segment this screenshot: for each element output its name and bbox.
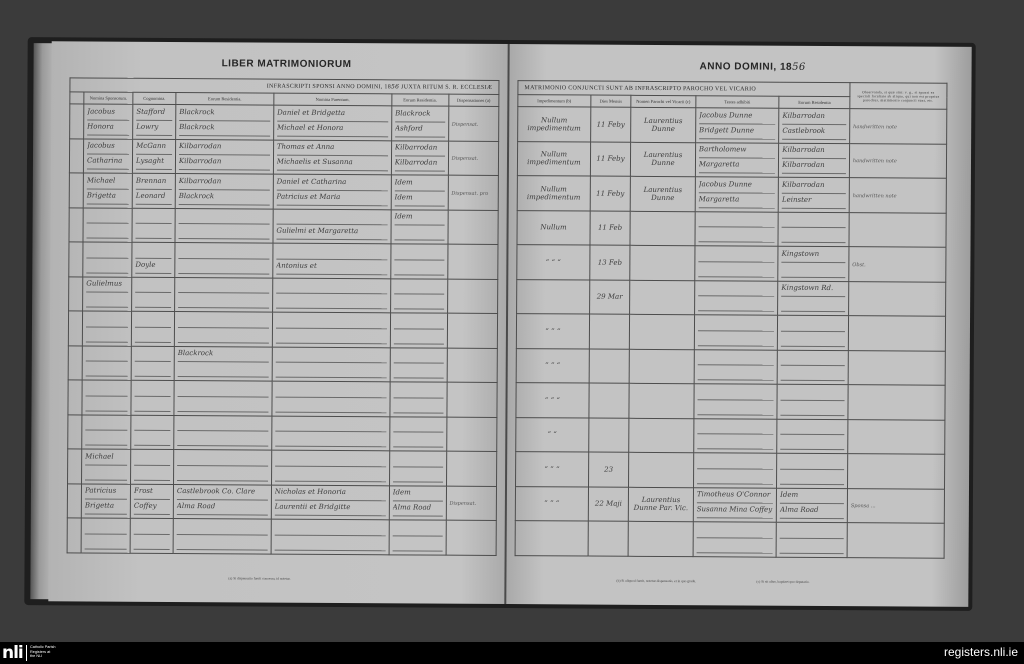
left-page-title: LIBER MATRIMONIORUM: [222, 58, 352, 70]
logo-divider: [26, 645, 27, 661]
marriage-day: 22 Maji: [588, 487, 629, 522]
names-line-1: Michael: [85, 452, 127, 465]
witnesses-line-2: Margaretta: [699, 160, 775, 173]
parents-names: Thomas et AnnaMichaelis et Susanna: [273, 140, 391, 175]
witnesses-line-1: [698, 318, 774, 331]
register-entry-row: PatriciusBrigettaFrostCoffeyCastlebrook …: [67, 483, 496, 520]
sponsi-names: Gulielmus: [83, 276, 132, 311]
parents-residence: [390, 347, 447, 382]
observanda-note: [849, 212, 946, 247]
witness-residence: [777, 419, 848, 454]
parents_residence-line-1: [394, 247, 444, 260]
witnesses-line-2: Margaretta: [699, 195, 775, 208]
sponsi-residence: [175, 243, 273, 278]
parents-residence: [390, 313, 447, 348]
marriage-day: 13 Feb: [590, 245, 631, 280]
witness_residence-line-2: Castlebrook: [782, 126, 846, 139]
nli-logo[interactable]: nli: [2, 643, 23, 663]
surnames-line-1: [135, 349, 171, 362]
impediment: [515, 521, 588, 556]
parents-line-2: [275, 434, 386, 448]
marriage-day: 11 Feb: [590, 211, 631, 246]
residence-line-2: Blackrock: [179, 123, 270, 137]
parents-names: [272, 381, 390, 416]
parents_residence-line-2: Ashford: [395, 124, 445, 137]
register-entry-row: Blackrock: [68, 345, 497, 382]
surnames-line-1: [134, 453, 170, 466]
witnesses-line-1: Bartholomew: [699, 145, 775, 158]
surnames-line-2: [135, 399, 171, 412]
surnames-line-1: [134, 522, 170, 535]
register-entry-row: DoyleAntonius et: [69, 242, 498, 279]
sponsi-names: [82, 311, 131, 346]
parents_residence-line-1: [393, 454, 443, 467]
parents-names: [272, 416, 390, 451]
register-entry-row: [68, 311, 497, 348]
dispensation-note: [447, 313, 498, 348]
sponsi-names: [81, 518, 130, 553]
parents-line-2: Patricius et Maria: [277, 192, 388, 206]
surnames-line-2: Leonard: [136, 192, 172, 205]
col-nomen-parochi: Nomen Parochi vel Vicarii (c): [631, 95, 696, 107]
parents_residence-line-1: Blackrock: [395, 109, 445, 122]
residence-line-1: [177, 384, 268, 398]
parents-line-1: Daniel et Catharina: [277, 177, 388, 191]
sponsi-residence: [174, 381, 272, 416]
parents_residence-line-1: Idem: [395, 178, 445, 191]
parents-line-1: [275, 384, 386, 398]
residence-line-2: [177, 399, 268, 413]
dispensation-note: [447, 244, 498, 279]
residence-line-1: Castlebrook Co. Clare: [177, 487, 268, 501]
col-cognomina: Cognomina.: [133, 92, 176, 104]
parents_residence-line-1: [393, 420, 443, 433]
dispensation-note: [448, 210, 499, 245]
parents-residence: [390, 416, 447, 451]
impediment: “ “ “: [516, 314, 589, 349]
names-line-2: [86, 329, 128, 342]
entry-number: [69, 207, 83, 242]
parents-residence: [389, 451, 446, 486]
dispensation-note: [446, 520, 497, 555]
names-line-1: [86, 314, 128, 327]
officiating-priest: Laurentius Dunne: [630, 176, 695, 211]
names-line-1: [86, 349, 128, 362]
parents_residence-line-2: [394, 331, 444, 344]
witness_residence-line-2: Leinster: [782, 195, 846, 208]
sponsi-surnames: StaffordLowry: [133, 104, 176, 139]
names-line-2: [86, 295, 128, 308]
surnames-line-2: [135, 330, 171, 343]
witnesses: [694, 349, 778, 384]
sponsi-residence: [174, 312, 272, 347]
register-entry-row: “ “ “22 MajiLaurentius Dunne Par. Vic.Ti…: [515, 486, 944, 523]
sponsi-surnames: [131, 311, 174, 346]
witnesses: [695, 211, 779, 246]
names-line-2: [85, 433, 127, 446]
witnesses: [694, 280, 778, 315]
surnames-line-2: Lysaght: [136, 157, 172, 170]
sponsi-names: PatriciusBrigetta: [81, 483, 130, 518]
witness_residence-line-1: [781, 353, 845, 366]
residence-line-2: [178, 364, 269, 378]
nli-logo-subtitle: Catholic Parish Registers at the NLI: [30, 645, 70, 659]
parents_residence-line-2: [394, 297, 444, 310]
witnesses: [693, 522, 777, 557]
parents-residence: BlackrockAshford: [391, 106, 448, 141]
officiating-priest: Laurentius Dunne Par. Vic.: [628, 487, 693, 522]
witnesses-line-2: [696, 540, 772, 553]
parents-line-1: [276, 315, 387, 329]
witnesses-line-1: [697, 387, 773, 400]
residence-line-1: Blackrock: [179, 108, 270, 122]
surnames-line-1: McGann: [136, 142, 172, 155]
residence-line-2: Blackrock: [179, 192, 270, 206]
parents-residence: IdemAlma Road: [389, 485, 446, 520]
sponsi-residence: KilbarrodanBlackrock: [175, 174, 273, 209]
dispensation-note: Dispensat. pro: [448, 175, 499, 210]
witness-residence: [778, 212, 849, 247]
dispensation-note: Dispensat.: [446, 486, 497, 521]
parents_residence-line-1: [394, 282, 444, 295]
sponsi-residence: Castlebrook Co. ClareAlma Road: [173, 484, 271, 519]
sponsi-surnames: [131, 449, 174, 484]
col-nomina-sponsorum: Nomina Sponsorum.: [84, 92, 133, 104]
entry-number: [69, 138, 83, 173]
entry-number: [68, 345, 82, 380]
names-line-1: Jacobus: [87, 107, 129, 120]
witness-residence: Kingstown: [778, 246, 849, 281]
parents-line-1: [276, 350, 387, 364]
sponsi-residence: [175, 208, 273, 243]
witnesses-line-2: Bridgett Dunne: [699, 126, 775, 139]
residence-line-2: [178, 226, 269, 240]
residence-line-1: Kilbarrodan: [179, 142, 270, 156]
witnesses-line-2: Susanna Mina Coffey: [697, 505, 773, 518]
col-eorum-residentia: Eorum Residentia.: [176, 93, 274, 106]
residence-line-2: [178, 295, 269, 309]
impediment: Nullum impedimentum: [518, 107, 591, 142]
parents_residence-line-2: Alma Road: [393, 504, 443, 517]
sponsi-surnames: [132, 277, 175, 312]
entry-number: [70, 104, 84, 139]
residence-line-1: [178, 315, 269, 329]
site-url-link[interactable]: registers.nli.ie: [944, 645, 1018, 659]
parents-line-1: [276, 246, 387, 260]
surnames-line-1: [135, 315, 171, 328]
register-entry-row: Nullum impedimentum11 FebyLaurentius Dun…: [517, 176, 946, 213]
sponsi-residence: [173, 519, 271, 554]
register-entry-row: Nullum impedimentum11 FebyLaurentius Dun…: [518, 107, 947, 144]
officiating-priest: [629, 418, 694, 453]
parents-names: [272, 312, 390, 347]
col-no: [70, 92, 84, 104]
witnesses-line-2: [698, 264, 774, 277]
witness-residence: IdemAlma Road: [776, 488, 847, 523]
witness_residence-line-1: Kingstown: [782, 249, 846, 262]
witnesses-line-1: [698, 249, 774, 262]
witness_residence-line-2: [782, 230, 846, 243]
surnames-line-2: [134, 537, 170, 550]
sponsi-names: JacobusHonora: [84, 104, 133, 139]
sponsi-surnames: McGannLysaght: [132, 139, 175, 174]
register-entry-row: Nullum impedimentum11 FebyLaurentius Dun…: [517, 141, 946, 178]
parents-line-1: [275, 522, 386, 536]
witness_residence-line-1: Kilbarrodan: [782, 111, 846, 124]
impediment: Nullum impedimentum: [517, 141, 590, 176]
parents-names: Antonius et: [273, 243, 391, 278]
names-line-2: [86, 364, 128, 377]
surnames-line-2: Coffey: [134, 502, 170, 515]
witness-residence: KilbarrodanKilbarrodan: [779, 143, 850, 178]
residence-line-2: [177, 468, 268, 482]
marriage-day: 11 Feby: [590, 176, 631, 211]
surnames-line-2: [135, 364, 171, 377]
left-page: LIBER MATRIMONIORUM INFRASCRIPTI SPONSI …: [48, 41, 509, 604]
sponsi-names: Michael: [82, 449, 131, 484]
witnesses: BartholomewMargaretta: [695, 142, 779, 177]
residence-line-1: Kilbarrodan: [179, 177, 270, 191]
dispensation-note: [447, 279, 498, 314]
names-line-1: [85, 521, 127, 534]
register-entry-row: Michael: [68, 449, 497, 486]
parents-residence: [390, 382, 447, 417]
witness-residence: [777, 350, 848, 385]
right-footnote-b: (b) Si aliquod fuerit, notetur dispensat…: [616, 579, 696, 583]
parents-residence: [389, 520, 446, 555]
surnames-line-1: [136, 211, 172, 224]
parents-names: [271, 450, 389, 485]
observanda-note: handwritten note: [850, 109, 947, 144]
observanda-note: handwritten note: [849, 178, 946, 213]
names-line-2: Honora: [87, 122, 129, 135]
witness_residence-line-2: [780, 471, 844, 484]
names-line-2: [85, 398, 127, 411]
surnames-line-1: [135, 280, 171, 293]
impediment: Nullum: [517, 210, 590, 245]
parents-residence: [390, 278, 447, 313]
witness_residence-line-1: [780, 456, 844, 469]
parents_residence-line-2: [393, 400, 443, 413]
left-footnote: (a) Si dispensatio fuerit concessa, id n…: [228, 576, 290, 580]
parents-line-1: Nicholas et Honoria: [275, 488, 386, 502]
left-register-table: INFRASCRIPTI SPONSI ANNO DOMINI, 1856 JU…: [67, 77, 500, 555]
witness_residence-line-2: [781, 402, 845, 415]
witness_residence-line-2: [781, 333, 845, 346]
sponsi-names: [83, 242, 132, 277]
observanda-note: [848, 281, 945, 316]
officiating-priest: [629, 383, 694, 418]
parents-line-2: [275, 365, 386, 379]
officiating-priest: Laurentius Dunne: [631, 107, 696, 142]
parents_residence-line-1: [394, 351, 444, 364]
parents-names: Nicholas et HonoriaLaurentii et Bridgitt…: [271, 485, 389, 520]
parents-line-2: Antonius et: [276, 261, 387, 275]
witnesses: [695, 246, 779, 281]
observanda-note: Obst.: [849, 247, 946, 282]
register-entry-row: Gulielmus: [69, 276, 498, 313]
sponsi-names: [82, 380, 131, 415]
register-entry-row: “ “ “: [516, 383, 945, 420]
surnames-line-1: [134, 418, 170, 431]
witnesses-line-2: [697, 436, 773, 449]
residence-line-2: [178, 330, 269, 344]
marriage-day: 23: [588, 452, 629, 487]
dispensation-note: [447, 348, 498, 383]
names-line-2: [87, 226, 129, 239]
witnesses-line-1: Jacobus Dunne: [699, 111, 775, 124]
residence-line-2: Kilbarrodan: [179, 157, 270, 171]
parents-line-2: Gulielmi et Margaretta: [276, 227, 387, 241]
register-entry-row: “ “ “23: [516, 452, 945, 489]
entry-number: [69, 276, 83, 311]
sponsi-surnames: [131, 380, 174, 415]
witness_residence-line-2: [781, 368, 845, 381]
entry-number: [68, 449, 82, 484]
officiating-priest: [629, 349, 694, 384]
register-book: LIBER MATRIMONIORUM INFRASCRIPTI SPONSI …: [24, 37, 975, 611]
sponsi-surnames: [131, 346, 174, 381]
observanda-note: [847, 454, 944, 489]
names-line-1: [86, 245, 128, 258]
parents_residence-line-1: Idem: [393, 489, 443, 502]
register-entry-row: “ “: [516, 417, 945, 454]
marriage-day: 29 Mar: [589, 280, 630, 315]
officiating-priest: [628, 521, 693, 556]
witness-residence: KilbarrodanLeinster: [778, 177, 849, 212]
register-entry-row: JacobusHonoraStaffordLowryBlackrockBlack…: [70, 104, 499, 141]
witnesses-line-1: [698, 283, 774, 296]
observanda-note: [847, 523, 944, 558]
register-entry-row: 29 MarKingstown Rd.: [517, 279, 946, 316]
names-line-1: [86, 383, 128, 396]
witness_residence-line-2: Kilbarrodan: [782, 161, 846, 174]
sponsi-surnames: Doyle: [132, 242, 175, 277]
register-entry-row: [67, 518, 496, 555]
parents_residence-line-2: Kilbarrodan: [395, 159, 445, 172]
officiating-priest: [630, 211, 695, 246]
witness_residence-line-1: Kingstown Rd.: [781, 284, 845, 297]
witness_residence-line-1: [780, 525, 844, 538]
witness_residence-line-2: [781, 264, 845, 277]
parents-line-2: Michaelis et Susanna: [277, 158, 388, 172]
witness_residence-line-2: [781, 299, 845, 312]
sponsi-residence: [173, 450, 271, 485]
witness-residence: [776, 522, 847, 557]
residence-line-2: [177, 537, 268, 551]
parents_residence-line-2: Idem: [395, 193, 445, 206]
sponsi-residence: [175, 277, 273, 312]
names-line-1: Michael: [87, 176, 129, 189]
marriage-day: 11 Feby: [590, 107, 631, 142]
parents-names: Gulielmi et Margaretta: [273, 209, 391, 244]
marriage-day: [588, 418, 629, 453]
witness-residence: [778, 315, 849, 350]
impediment: “ “ “: [516, 383, 589, 418]
register-entry-row: Nullum11 Feb: [517, 210, 946, 247]
marriage-day: [588, 521, 629, 556]
sponsi-residence: KilbarrodanKilbarrodan: [175, 139, 273, 174]
witness_residence-line-2: [780, 437, 844, 450]
parents-line-2: Michael et Honora: [277, 123, 388, 137]
dispensation-note: [446, 451, 497, 486]
parents_residence-line-1: [394, 316, 444, 329]
register-entry-row: JacobusCatharinaMcGannLysaghtKilbarrodan…: [69, 138, 498, 175]
right-register-table: MATRIMONIO CONJUNCTI SUNT AB INFRASCRIPT…: [515, 80, 948, 558]
witnesses-line-1: [697, 525, 773, 538]
names-line-1: [85, 418, 127, 431]
sponsi-names: [82, 414, 131, 449]
impediment: Nullum impedimentum: [517, 176, 590, 211]
sponsi-names: JacobusCatharina: [83, 138, 132, 173]
witnesses-line-1: Jacobus Dunne: [699, 180, 775, 193]
sponsi-residence: Blackrock: [174, 346, 272, 381]
parents_residence-line-2: [393, 469, 443, 482]
parents_residence-line-2: [393, 366, 443, 379]
parents-residence: KilbarrodanKilbarrodan: [391, 140, 448, 175]
names-line-1: Gulielmus: [86, 280, 128, 293]
witnesses-line-2: [697, 471, 773, 484]
names-line-2: [85, 467, 127, 480]
parents_residence-line-1: [393, 385, 443, 398]
surnames-line-2: [134, 433, 170, 446]
surnames-line-1: Stafford: [136, 108, 172, 121]
sponsi-surnames: [131, 415, 174, 450]
parents-line-1: Thomas et Anna: [277, 143, 388, 157]
names-line-2: [85, 536, 127, 549]
observanda-note: Sponsa ...: [847, 488, 944, 523]
observanda-note: handwritten note: [849, 143, 946, 178]
marriage-day: [589, 383, 630, 418]
sponsi-residence: [174, 415, 272, 450]
sponsi-surnames: [130, 518, 173, 553]
surnames-line-1: Brennan: [136, 177, 172, 190]
residence-line-1: [179, 211, 270, 225]
col-dispensationes: Dispensationes (a): [448, 94, 498, 106]
parents-names: Daniel et BridgettaMichael et Honora: [273, 105, 391, 140]
parents_residence-line-2: [393, 435, 443, 448]
entry-number: [69, 242, 83, 277]
parents-names: [271, 519, 389, 554]
right-footnote-c: (c) Si sit alius, baptizet quo deputatio…: [756, 580, 809, 584]
witnesses-line-1: [698, 352, 774, 365]
sponsi-names: [83, 207, 132, 242]
col-dies-mensis: Dies Mensis: [591, 95, 631, 107]
parents-line-1: Daniel et Bridgetta: [277, 108, 388, 122]
surnames-line-1: Frost: [134, 487, 170, 500]
witnesses-line-1: [698, 214, 774, 227]
col-testes-residentia: Eorum Residentia: [779, 96, 850, 108]
witnesses-line-2: [698, 367, 774, 380]
parents-line-1: [276, 281, 387, 295]
parents-names: Daniel et CatharinaPatricius et Maria: [273, 174, 391, 209]
officiating-priest: Laurentius Dunne: [631, 142, 696, 177]
parents-line-2: [275, 468, 386, 482]
parents-line-1: [275, 419, 386, 433]
parents-residence: IdemIdem: [391, 175, 448, 210]
witness_residence-line-2: [780, 540, 844, 553]
surnames-line-2: [136, 226, 172, 239]
parents-line-2: Laurentii et Bridgitte: [275, 503, 386, 517]
residence-line-1: [177, 522, 268, 536]
witness-residence: Kingstown Rd.: [778, 281, 849, 316]
marriage-day: 11 Feby: [590, 142, 631, 177]
witness_residence-line-1: Idem: [780, 491, 844, 504]
footer-bar: nli Catholic Parish Registers at the NLI…: [0, 642, 1024, 664]
surnames-line-2: Lowry: [136, 123, 172, 136]
surnames-line-1: [135, 384, 171, 397]
residence-line-2: [177, 433, 268, 447]
